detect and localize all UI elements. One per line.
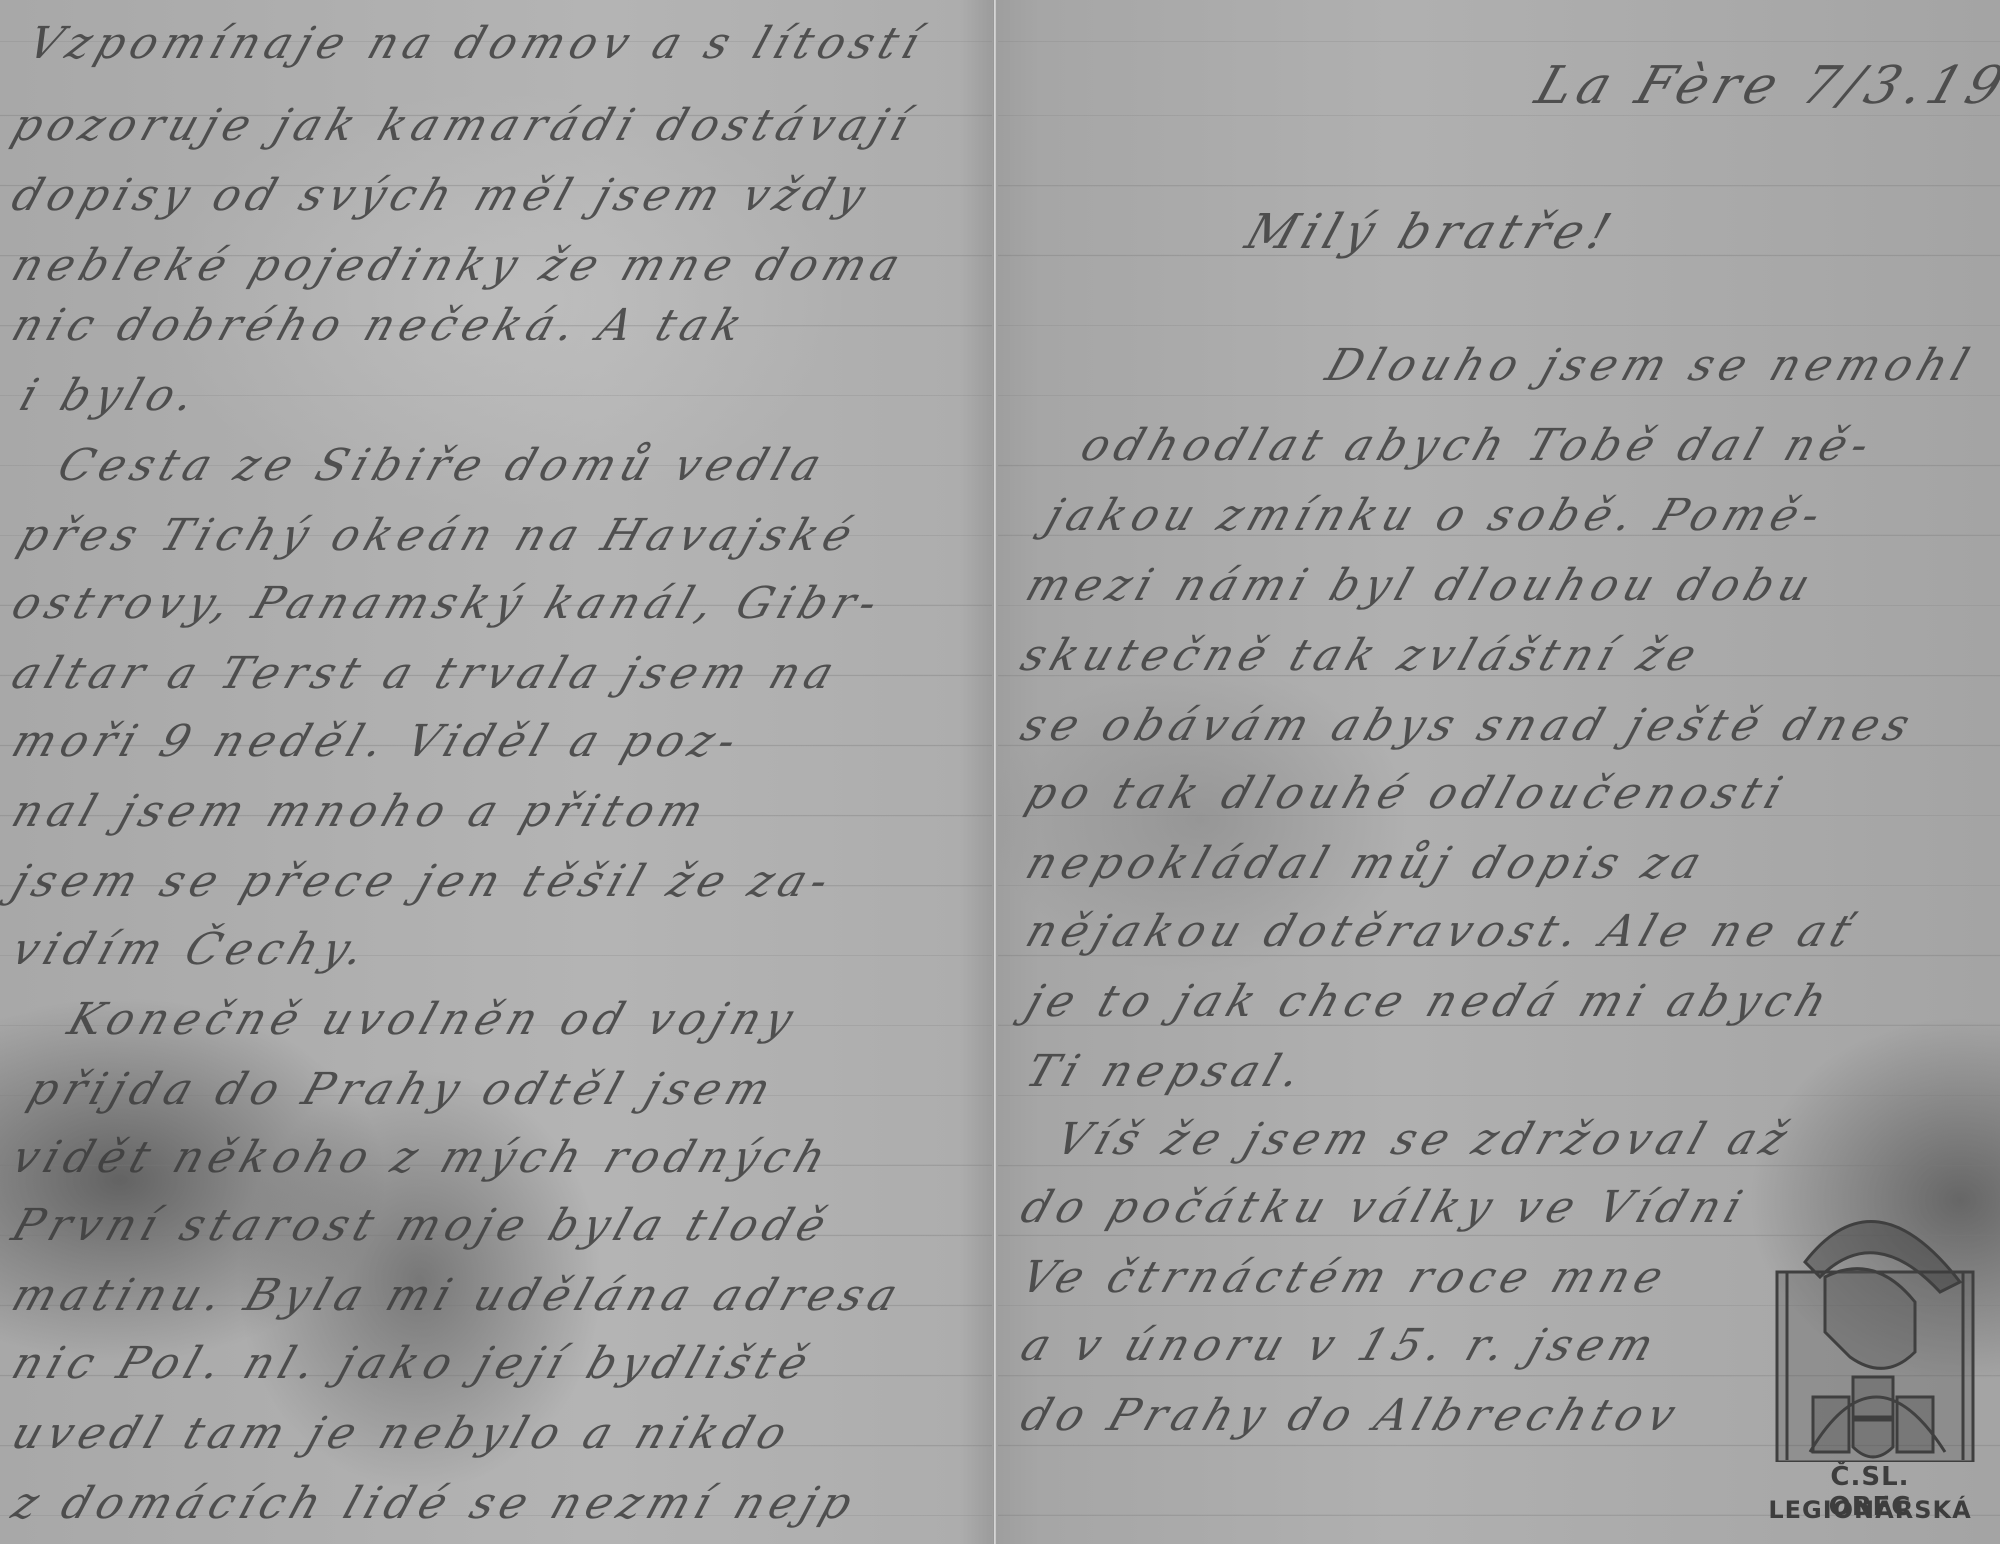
stamp-text-line2: LEGIONÁRSKÁ <box>1765 1496 1975 1524</box>
left-page: Vzpomínaje na domov a s lítostí pozoruje… <box>0 0 992 1544</box>
handwritten-line: Víš že jsem se zdržoval až <box>1050 1114 1799 1165</box>
handwritten-line: z domácích lidé se nezmí nejp <box>6 1478 865 1529</box>
handwritten-line: matinu. Byla mi udělána adresa <box>6 1270 910 1321</box>
handwritten-line: ostrovy, Panamský kanál, Gibr- <box>6 578 890 629</box>
handwritten-line: jsem se přece jen těšil že za- <box>6 856 841 907</box>
salutation: Milý bratře! <box>1239 204 1624 260</box>
page-fold <box>993 0 997 1544</box>
handwritten-line: přes Tichý okeán na Havajské <box>12 510 865 561</box>
handwritten-line: i bylo. <box>14 370 207 421</box>
handwritten-line: do počátku války ve Vídni <box>1015 1182 1754 1233</box>
letter-scan: Vzpomínaje na domov a s lítostí pozoruje… <box>0 0 2000 1544</box>
handwritten-line: moři 9 neděl. Viděl a poz- <box>6 716 749 767</box>
handwritten-line: pozoruje jak kamarádi dostávají <box>6 100 921 151</box>
handwritten-line: jakou zmínku o sobě. Pomě- <box>1040 490 1833 541</box>
handwritten-line: altar a Terst a trvala jsem na <box>6 648 846 699</box>
handwritten-line: Cesta ze Sibiře domů vedla <box>52 440 834 491</box>
handwritten-line: do Prahy do Albrechtov <box>1015 1390 1688 1441</box>
handwritten-line: skutečně tak zvláštní že <box>1015 630 1709 681</box>
handwritten-line: nic dobrého nečeká. A tak <box>6 300 755 351</box>
handwritten-line: nebleké pojedinky že mne doma <box>6 240 912 291</box>
handwritten-line: odhodlat abych Tobě dal ně- <box>1075 420 1882 471</box>
handwritten-line: Ti nepsal. <box>1020 1046 1313 1097</box>
handwritten-line: a v únoru v 15. r. jsem <box>1015 1320 1666 1371</box>
handwritten-line: nějakou dotěravost. Ale ne ať <box>1020 906 1864 957</box>
handwritten-line: vidím Čechy. <box>6 924 377 975</box>
handwritten-line: nic Pol. nl. jako její bydliště <box>6 1338 820 1389</box>
handwritten-line: Ve čtrnáctém roce mne <box>1015 1252 1676 1303</box>
handwritten-line: Konečně uvolněn od vojny <box>62 994 805 1045</box>
handwritten-line: dopisy od svých měl jsem vždy <box>6 170 878 221</box>
place-date: La Fère 7/3.1921. <box>1528 56 2000 116</box>
handwritten-line: je to jak chce nedá mi abych <box>1020 976 1839 1027</box>
handwritten-line: Vzpomínaje na domov a s lítostí <box>22 18 932 69</box>
legion-stamp: Č.SL. OBEC LEGIONÁRSKÁ <box>1765 1182 1985 1532</box>
handwritten-line: nal jsem mnoho a přitom <box>6 786 716 837</box>
handwritten-line: První starost moje byla tlodě <box>6 1200 838 1251</box>
handwritten-line: Dlouho jsem se nemohl <box>1320 340 1981 391</box>
handwritten-line: se obávám abys snad ještě dnes <box>1015 700 1922 751</box>
handwritten-line: uvedl tam je nebylo a nikdo <box>6 1408 799 1459</box>
handwritten-line: nepokládal můj dopis za <box>1020 838 1714 889</box>
handwritten-line: přijda do Prahy odtěl jsem <box>22 1064 783 1115</box>
handwritten-line: mezi námi byl dlouhou dobu <box>1020 560 1822 611</box>
handwritten-line: vidět někoho z mých rodných <box>6 1132 838 1183</box>
handwritten-line: po tak dlouhé odloučenosti <box>1020 768 1795 819</box>
legionnaire-helmet-icon <box>1765 1182 1985 1462</box>
